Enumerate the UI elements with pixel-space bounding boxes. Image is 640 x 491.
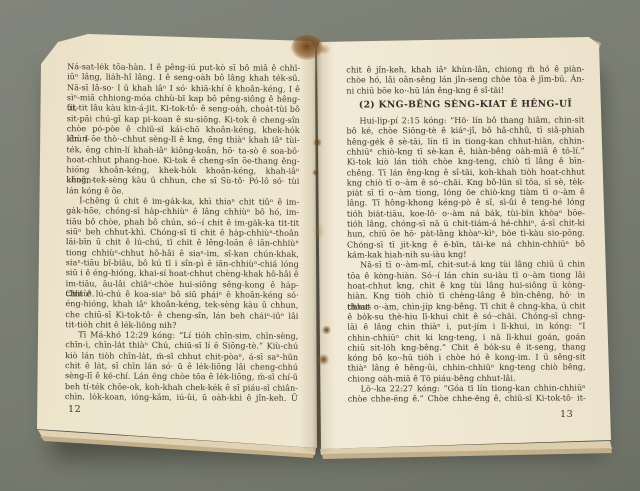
text-line: ni chiū bōe ko·-hū lán êng-kng ê sî-tāi! [346,84,584,95]
text-line: chòe chhe-ēng ê.” Chòe chhe-ēng ê, chiū-… [348,393,586,404]
foxing-spot [312,169,319,176]
book-gutter [300,40,334,452]
foxing-spot [313,138,322,147]
text-line: bô ké, chòe Siōng-tè ê kiáⁿ-jî, bô hâ-ch… [347,125,585,136]
text-line: thiàⁿ lâng ê hêng-ûi, chhin-chhiūⁿ kng-t… [348,362,586,373]
text-line: lâng. Tī hông-khong kéng-pò ê sî, sì-ûi … [347,197,585,208]
foxing-spot [322,325,331,335]
text-line: Nā-sī tī o·-àm-mî, chit-sut-á kng tùi lâ… [347,259,585,270]
text-line: chìn, lo̍k-koan, ióng-kám, iú-ûi, ū oa̍h… [65,391,298,403]
right-page-text: chit ê jîn-keh, khah iâⁿ khùn-lân, chion… [346,63,585,404]
page-number-left: 12 [68,404,81,415]
text-line: chòe hó, lâi oân-sêng lán jîn-seng chòe … [346,74,584,85]
text-line: Chóng-sī tī jit-kng ê ē-bīn, tāi-ke ná c… [347,238,585,249]
text-line: lāi ê lâng chin thiàⁿ i, put-jím i lī-kh… [347,321,585,332]
text-line: hiàn. Kng tio̍h chiò tī chèng-lâng ê bīn… [347,290,585,301]
text-line: hun, chiū ōe hō· pa̍t-lâng khòaⁿ-kìⁿ, bō… [347,228,585,239]
ink-stain [315,44,331,55]
left-page-text: Ná-sat-le̍k tōa-hàn. I ê pêng-iú put-kò … [65,61,300,403]
foxing-spot [313,222,325,240]
text-line: Ki-tok kiò lán tio̍h chòe kng-teng, chiò… [347,156,585,167]
section-heading: (2) KNG-BÊNG SÈNG-KIAT Ê HÊNG-UÎ [346,99,584,111]
page-number-right: 13 [560,409,573,420]
foxing-spot [318,354,329,365]
